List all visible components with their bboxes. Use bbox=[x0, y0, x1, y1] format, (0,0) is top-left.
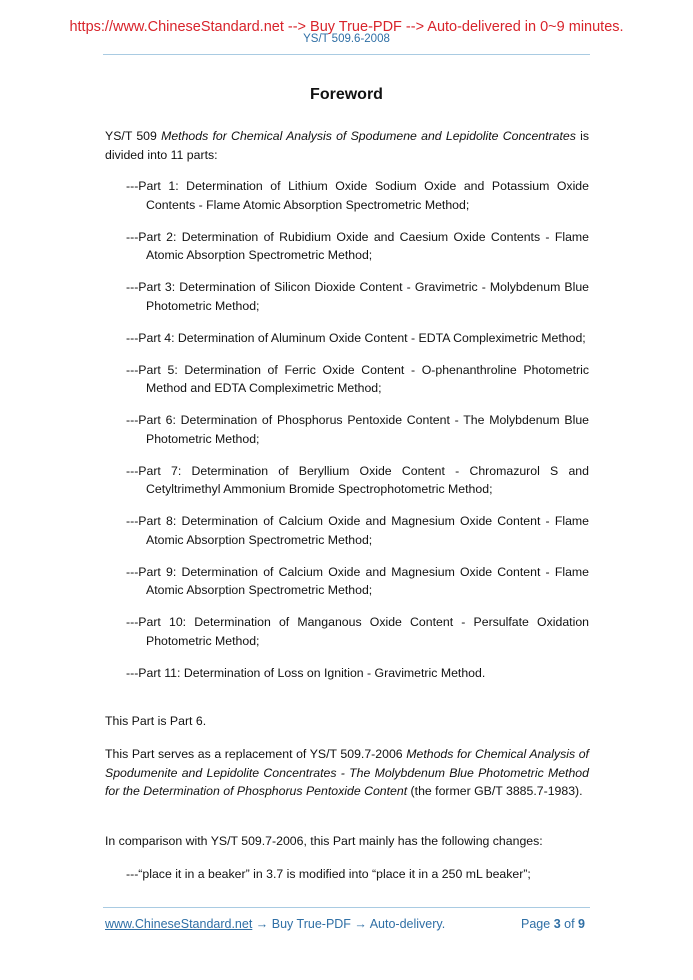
list-item: ---Part 6: Determination of Phosphorus P… bbox=[105, 411, 589, 448]
list-item: ---Part 7: Determination of Beryllium Ox… bbox=[105, 462, 589, 499]
list-item: ---Part 1: Determination of Lithium Oxid… bbox=[105, 177, 589, 214]
parts-list: ---Part 1: Determination of Lithium Oxid… bbox=[105, 177, 589, 696]
page-current: 3 bbox=[554, 917, 561, 931]
replacement-paragraph: This Part serves as a replacement of YS/… bbox=[105, 745, 589, 801]
footer-promo-tail: → Buy True-PDF → Auto-delivery. bbox=[252, 917, 445, 931]
this-part-paragraph: This Part is Part 6. bbox=[105, 712, 589, 731]
intro-standard-title: Methods for Chemical Analysis of Spodume… bbox=[161, 129, 576, 143]
replacement-prefix: This Part serves as a replacement of YS/… bbox=[105, 747, 406, 761]
list-item: ---Part 5: Determination of Ferric Oxide… bbox=[105, 361, 589, 398]
intro-prefix: YS/T 509 bbox=[105, 129, 161, 143]
replacement-suffix: (the former GB/T 3885.7-1983). bbox=[407, 784, 582, 798]
footer-promo: www.ChineseStandard.net → Buy True-PDF →… bbox=[105, 917, 445, 931]
change-item: ---“place it in a beaker” in 3.7 is modi… bbox=[126, 865, 589, 884]
page-title: Foreword bbox=[0, 86, 693, 104]
header-rule bbox=[103, 54, 590, 55]
intro-paragraph: YS/T 509 Methods for Chemical Analysis o… bbox=[105, 127, 589, 164]
list-item: ---Part 3: Determination of Silicon Diox… bbox=[105, 278, 589, 315]
page-footer: www.ChineseStandard.net → Buy True-PDF →… bbox=[105, 917, 585, 931]
list-item: ---Part 11: Determination of Loss on Ign… bbox=[105, 664, 589, 683]
list-item: ---Part 8: Determination of Calcium Oxid… bbox=[105, 512, 589, 549]
list-item: ---Part 10: Determination of Manganous O… bbox=[105, 613, 589, 650]
page-number: Page 3 of 9 bbox=[521, 917, 585, 931]
page-total: 9 bbox=[578, 917, 585, 931]
list-item: ---Part 4: Determination of Aluminum Oxi… bbox=[105, 329, 589, 348]
footer-rule bbox=[103, 907, 590, 908]
promo-banner: https://www.ChineseStandard.net --> Buy … bbox=[0, 19, 693, 35]
page-label: Page bbox=[521, 917, 550, 931]
footer-site-link[interactable]: www.ChineseStandard.net bbox=[105, 917, 252, 931]
page-of: of bbox=[564, 917, 574, 931]
list-item: ---Part 9: Determination of Calcium Oxid… bbox=[105, 563, 589, 600]
list-item: ---Part 2: Determination of Rubidium Oxi… bbox=[105, 228, 589, 265]
changes-intro-paragraph: In comparison with YS/T 509.7-2006, this… bbox=[105, 832, 589, 851]
